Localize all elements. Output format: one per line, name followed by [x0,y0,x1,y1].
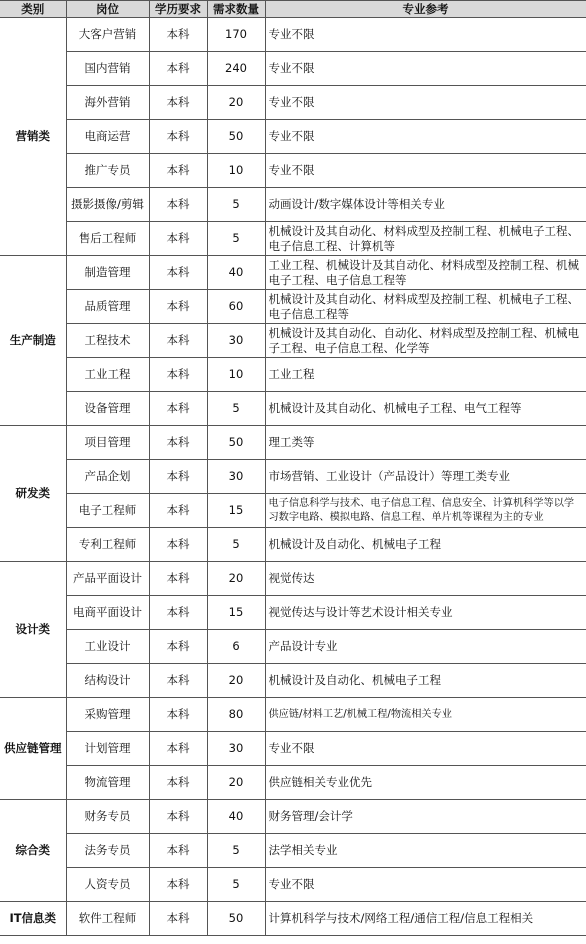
position-cell: 海外营销 [66,86,149,120]
position-cell: 财务专员 [66,800,149,834]
position-cell: 品质管理 [66,290,149,324]
major-cell: 理工类等 [265,426,586,460]
table-row: 产品企划本科30市场营销、工业设计（产品设计）等理工类专业 [0,460,586,494]
table-row: 设计类产品平面设计本科20视觉传达 [0,562,586,596]
major-cell: 供应链/材料工艺/机械工程/物流相关专业 [265,698,586,732]
category-cell: 供应链管理 [0,698,66,800]
quantity-cell: 10 [207,154,265,188]
quantity-cell: 80 [207,698,265,732]
quantity-cell: 50 [207,426,265,460]
table-row: 推广专员本科10专业不限 [0,154,586,188]
header-quantity: 需求数量 [207,1,265,18]
quantity-cell: 50 [207,902,265,936]
category-cell: 研发类 [0,426,66,562]
quantity-cell: 6 [207,630,265,664]
quantity-cell: 50 [207,120,265,154]
quantity-cell: 5 [207,188,265,222]
education-cell: 本科 [149,392,207,426]
major-cell: 产品设计专业 [265,630,586,664]
table-header: 类别 岗位 学历要求 需求数量 专业参考 [0,1,586,18]
education-cell: 本科 [149,596,207,630]
quantity-cell: 30 [207,324,265,358]
category-cell: IT信息类 [0,902,66,936]
quantity-cell: 20 [207,664,265,698]
table-row: 工业工程本科10工业工程 [0,358,586,392]
position-cell: 工业工程 [66,358,149,392]
table-row: 研发类项目管理本科50理工类等 [0,426,586,460]
major-cell: 专业不限 [265,86,586,120]
header-education: 学历要求 [149,1,207,18]
header-category: 类别 [0,1,66,18]
education-cell: 本科 [149,460,207,494]
major-cell: 专业不限 [265,732,586,766]
major-cell: 动画设计/数字媒体设计等相关专业 [265,188,586,222]
table-row: 电子工程师本科15电子信息科学与技术、电子信息工程、信息安全、计算机科学等以学习… [0,494,586,528]
position-cell: 工业设计 [66,630,149,664]
category-cell: 营销类 [0,18,66,256]
position-cell: 专利工程师 [66,528,149,562]
major-cell: 法学相关专业 [265,834,586,868]
education-cell: 本科 [149,562,207,596]
table-row: 供应链管理采购管理本科80供应链/材料工艺/机械工程/物流相关专业 [0,698,586,732]
major-cell: 视觉传达 [265,562,586,596]
table-row: 生产制造制造管理本科40工业工程、机械设计及其自动化、材料成型及控制工程、机械电… [0,256,586,290]
education-cell: 本科 [149,52,207,86]
education-cell: 本科 [149,358,207,392]
quantity-cell: 10 [207,358,265,392]
major-cell: 专业不限 [265,120,586,154]
table-row: 海外营销本科20专业不限 [0,86,586,120]
table-row: 计划管理本科30专业不限 [0,732,586,766]
position-cell: 产品平面设计 [66,562,149,596]
position-cell: 工程技术 [66,324,149,358]
major-cell: 机械设计及其自动化、自动化、材料成型及控制工程、机械电子工程、电子信息工程、化学… [265,324,586,358]
education-cell: 本科 [149,18,207,52]
position-cell: 人资专员 [66,868,149,902]
category-cell: 生产制造 [0,256,66,426]
header-position: 岗位 [66,1,149,18]
category-cell: 设计类 [0,562,66,698]
position-cell: 售后工程师 [66,222,149,256]
education-cell: 本科 [149,902,207,936]
education-cell: 本科 [149,324,207,358]
education-cell: 本科 [149,732,207,766]
major-cell: 机械设计及其自动化、机械电子工程、电气工程等 [265,392,586,426]
table-row: 电商平面设计本科15视觉传达与设计等艺术设计相关专业 [0,596,586,630]
education-cell: 本科 [149,154,207,188]
table-row: 综合类财务专员本科40财务管理/会计学 [0,800,586,834]
table-row: 结构设计本科20机械设计及自动化、机械电子工程 [0,664,586,698]
table-row: 物流管理本科20供应链相关专业优先 [0,766,586,800]
header-row: 类别 岗位 学历要求 需求数量 专业参考 [0,1,586,18]
quantity-cell: 40 [207,800,265,834]
major-cell: 专业不限 [265,52,586,86]
header-major: 专业参考 [265,1,586,18]
position-cell: 物流管理 [66,766,149,800]
education-cell: 本科 [149,664,207,698]
table-row: 售后工程师本科5机械设计及其自动化、材料成型及控制工程、机械电子工程、电子信息工… [0,222,586,256]
quantity-cell: 30 [207,460,265,494]
quantity-cell: 20 [207,766,265,800]
major-cell: 视觉传达与设计等艺术设计相关专业 [265,596,586,630]
education-cell: 本科 [149,834,207,868]
quantity-cell: 5 [207,834,265,868]
position-cell: 计划管理 [66,732,149,766]
quantity-cell: 20 [207,86,265,120]
education-cell: 本科 [149,426,207,460]
education-cell: 本科 [149,630,207,664]
quantity-cell: 20 [207,562,265,596]
major-cell: 工业工程 [265,358,586,392]
table-row: 人资专员本科5专业不限 [0,868,586,902]
position-cell: 大客户营销 [66,18,149,52]
quantity-cell: 40 [207,256,265,290]
major-cell: 市场营销、工业设计（产品设计）等理工类专业 [265,460,586,494]
education-cell: 本科 [149,256,207,290]
education-cell: 本科 [149,188,207,222]
position-cell: 摄影摄像/剪辑 [66,188,149,222]
position-cell: 项目管理 [66,426,149,460]
table-row: 摄影摄像/剪辑本科5动画设计/数字媒体设计等相关专业 [0,188,586,222]
position-cell: 采购管理 [66,698,149,732]
quantity-cell: 30 [207,732,265,766]
major-cell: 供应链相关专业优先 [265,766,586,800]
education-cell: 本科 [149,222,207,256]
quantity-cell: 5 [207,392,265,426]
table-body: 营销类大客户营销本科170专业不限国内营销本科240专业不限海外营销本科20专业… [0,18,586,936]
quantity-cell: 15 [207,494,265,528]
major-cell: 工业工程、机械设计及其自动化、材料成型及控制工程、机械电子工程、电子信息工程等 [265,256,586,290]
major-cell: 机械设计及其自动化、材料成型及控制工程、机械电子工程、电子信息工程、计算机等 [265,222,586,256]
education-cell: 本科 [149,528,207,562]
major-cell: 计算机科学与技术/网络工程/通信工程/信息工程相关 [265,902,586,936]
education-cell: 本科 [149,766,207,800]
quantity-cell: 5 [207,528,265,562]
table-row: 工程技术本科30机械设计及其自动化、自动化、材料成型及控制工程、机械电子工程、电… [0,324,586,358]
education-cell: 本科 [149,800,207,834]
position-cell: 电子工程师 [66,494,149,528]
major-cell: 专业不限 [265,18,586,52]
education-cell: 本科 [149,698,207,732]
position-cell: 国内营销 [66,52,149,86]
category-cell: 综合类 [0,800,66,902]
table-row: 电商运营本科50专业不限 [0,120,586,154]
major-cell: 财务管理/会计学 [265,800,586,834]
position-cell: 电商运营 [66,120,149,154]
position-cell: 法务专员 [66,834,149,868]
major-cell: 专业不限 [265,154,586,188]
position-cell: 制造管理 [66,256,149,290]
major-cell: 机械设计及自动化、机械电子工程 [265,528,586,562]
position-cell: 软件工程师 [66,902,149,936]
education-cell: 本科 [149,290,207,324]
quantity-cell: 15 [207,596,265,630]
table-row: 营销类大客户营销本科170专业不限 [0,18,586,52]
recruitment-table: 类别 岗位 学历要求 需求数量 专业参考 营销类大客户营销本科170专业不限国内… [0,0,586,936]
quantity-cell: 5 [207,222,265,256]
education-cell: 本科 [149,120,207,154]
table-row: 工业设计本科6产品设计专业 [0,630,586,664]
table-row: 设备管理本科5机械设计及其自动化、机械电子工程、电气工程等 [0,392,586,426]
table-row: 品质管理本科60机械设计及其自动化、材料成型及控制工程、机械电子工程、电子信息工… [0,290,586,324]
education-cell: 本科 [149,868,207,902]
position-cell: 电商平面设计 [66,596,149,630]
quantity-cell: 5 [207,868,265,902]
quantity-cell: 240 [207,52,265,86]
quantity-cell: 60 [207,290,265,324]
education-cell: 本科 [149,86,207,120]
table-row: 专利工程师本科5机械设计及自动化、机械电子工程 [0,528,586,562]
position-cell: 设备管理 [66,392,149,426]
position-cell: 产品企划 [66,460,149,494]
major-cell: 专业不限 [265,868,586,902]
table-row: 国内营销本科240专业不限 [0,52,586,86]
table-row: 法务专员本科5法学相关专业 [0,834,586,868]
position-cell: 结构设计 [66,664,149,698]
quantity-cell: 170 [207,18,265,52]
major-cell: 机械设计及其自动化、材料成型及控制工程、机械电子工程、电子信息工程等 [265,290,586,324]
education-cell: 本科 [149,494,207,528]
table-row: IT信息类软件工程师本科50计算机科学与技术/网络工程/通信工程/信息工程相关 [0,902,586,936]
major-cell: 机械设计及自动化、机械电子工程 [265,664,586,698]
major-cell: 电子信息科学与技术、电子信息工程、信息安全、计算机科学等以学习数字电路、模拟电路… [265,494,586,528]
position-cell: 推广专员 [66,154,149,188]
